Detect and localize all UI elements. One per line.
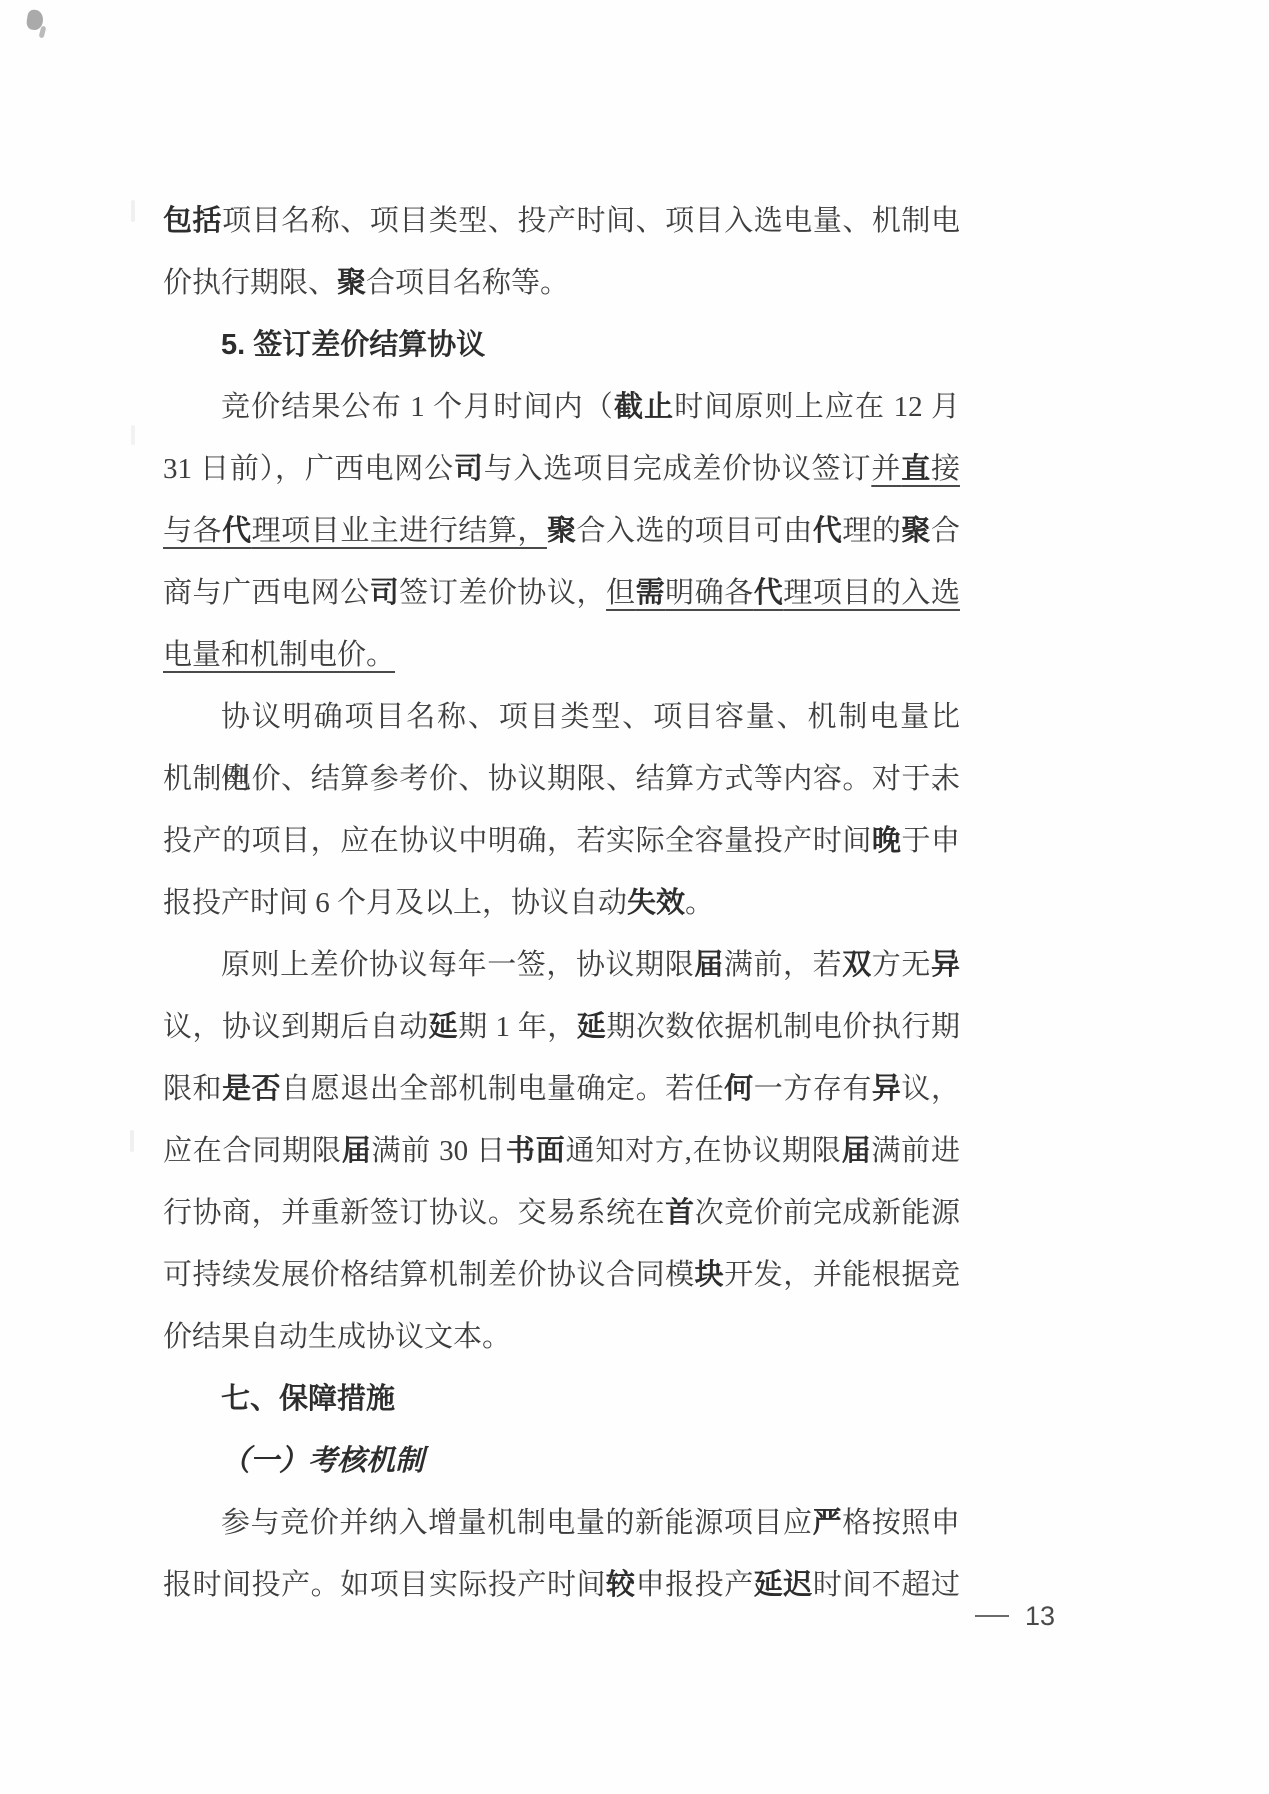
para2-line-5: 电量和机制电价。 <box>163 624 960 686</box>
text-segment: 合入选的项目可由 <box>577 515 813 547</box>
text-segment: 接 <box>931 453 960 485</box>
text-segment: 较 <box>606 1569 636 1601</box>
text-segment: 方无 <box>872 949 931 981</box>
text-segment: 次竞价前完成新能源 <box>695 1197 960 1229</box>
para2-line-2: 31 日前），广西电网公司与入选项目完成差价协议签订并直接 <box>163 438 960 500</box>
text-segment: 价执行期限、 <box>163 267 337 299</box>
text-segment: 电量和机制电价。 <box>163 639 395 671</box>
text-segment: 异 <box>931 949 960 981</box>
text-segment: 是否 <box>222 1073 281 1105</box>
text-segment: 满前，若 <box>724 949 842 981</box>
text-segment: 格按照申 <box>842 1507 960 1539</box>
para3-line-3: 投产的项目，应在协议中明确，若实际全容量投产时间晚于申 <box>163 810 960 872</box>
para5-line-1: 参与竞价并纳入增量机制电量的新能源项目应严格按照申 <box>163 1492 960 1554</box>
text-segment: 签订差价协议， <box>399 577 606 609</box>
text-segment: 双 <box>842 949 872 981</box>
text-segment: 需 <box>636 577 666 609</box>
text-segment: 参与竞价并纳入增量机制电量的新能源项目应 <box>221 1507 813 1539</box>
text-segment: 理项目业主进行结算， <box>252 515 547 547</box>
para2-line-3: 与各代理项目业主进行结算，聚合入选的项目可由代理的聚合 <box>163 500 960 562</box>
text-segment: 届 <box>842 1135 872 1167</box>
text-segment: 何 <box>724 1073 754 1105</box>
text-segment: 限和 <box>163 1073 222 1105</box>
text-segment: 通知对方,在协议期限 <box>566 1135 842 1167</box>
text-segment: 理项目的入选 <box>783 577 960 609</box>
text-segment: 司 <box>454 453 484 485</box>
text-segment: 与入选项目完成差价协议签订 <box>484 453 872 485</box>
text-segment: 投产的项目，应在协议中明确，若实际全容量投产时间 <box>163 825 872 857</box>
text-segment: 失效 <box>627 887 685 919</box>
text-segment: （一）考核机制 <box>221 1445 424 1477</box>
para-wrap-line-2: 价执行期限、聚合项目名称等。 <box>163 252 960 314</box>
text-segment: 行协商，并重新签订协议。交易系统在 <box>163 1197 665 1229</box>
document-page: 包括项目名称、项目类型、投产时间、项目入选电量、机制电价执行期限、聚合项目名称等… <box>0 0 1269 1794</box>
para-wrap-line-1: 包括项目名称、项目类型、投产时间、项目入选电量、机制电 <box>163 190 960 252</box>
text-segment: 期 1 年， <box>458 1011 577 1043</box>
text-segment: 议，协议到期后自动 <box>163 1011 429 1043</box>
text-segment: 31 日前），广西电网公 <box>163 453 454 485</box>
heading-5-sign-agreement: 5. 签订差价结算协议 <box>163 314 960 376</box>
text-segment: 聚 <box>547 515 577 547</box>
para5-line-2: 报时间投产。如项目实际投产时间较申报投产延迟时间不超过 <box>163 1554 960 1616</box>
text-segment: 机制电价、结算参考价、协议期限、结算方式等内容。对于未 <box>163 763 960 795</box>
text-segment: 于申 <box>901 825 960 857</box>
text-segment: 报投产时间 6 个月及以上，协议自动 <box>163 887 627 919</box>
text-segment: 首 <box>665 1197 695 1229</box>
text-segment: 5. 签订差价结算协议 <box>221 329 485 361</box>
text-segment: 严 <box>813 1507 843 1539</box>
text-segment: 满前进 <box>871 1135 960 1167</box>
heading-7-safeguard-measures: 七、保障措施 <box>163 1368 960 1430</box>
scan-margin-mark <box>130 1130 134 1152</box>
text-segment: 开发，并能根据竞 <box>724 1259 960 1291</box>
text-column: 包括项目名称、项目类型、投产时间、项目入选电量、机制电价执行期限、聚合项目名称等… <box>163 190 960 1616</box>
heading-7-1-assessment-mechanism: （一）考核机制 <box>163 1430 960 1492</box>
para3-line-1: 协议明确项目名称、项目类型、项目容量、机制电量比例、 <box>163 686 960 748</box>
text-segment: 块 <box>695 1259 725 1291</box>
text-segment: 聚 <box>901 515 931 547</box>
page-number: 13 <box>975 1596 1055 1636</box>
text-segment: 竞价结果公布 1 个月时间内（ <box>221 391 614 423</box>
page-number-dash-icon <box>975 1615 1009 1617</box>
text-segment: 代 <box>754 577 784 609</box>
text-segment: 价结果自动生成协议文本。 <box>163 1321 511 1353</box>
text-segment: 原则上差价协议每年一签，协议期限 <box>221 949 694 981</box>
text-segment: 商与广西电网公 <box>163 577 370 609</box>
scan-margin-mark <box>131 425 135 445</box>
text-segment: 直 <box>901 453 931 485</box>
para4-line-7: 价结果自动生成协议文本。 <box>163 1306 960 1368</box>
text-segment: 期次数依据机制电价执行期 <box>606 1011 960 1043</box>
text-segment: 包括 <box>163 205 222 237</box>
text-segment: 并 <box>871 453 901 485</box>
para4-line-4: 应在合同期限届满前 30 日书面通知对方,在协议期限届满前进 <box>163 1120 960 1182</box>
text-segment: 满前 30 日 <box>372 1135 506 1167</box>
text-segment: 时间原则上应在 12 月 <box>674 391 960 423</box>
para2-line-1: 竞价结果公布 1 个月时间内（截止时间原则上应在 12 月 <box>163 376 960 438</box>
text-segment: 合项目名称等。 <box>366 267 569 299</box>
text-segment: 时间不超过 <box>813 1569 960 1601</box>
text-segment: 但 <box>606 577 636 609</box>
text-segment: 合 <box>931 515 960 547</box>
para4-line-5: 行协商，并重新签订协议。交易系统在首次竞价前完成新能源 <box>163 1182 960 1244</box>
text-segment: 延 <box>577 1011 607 1043</box>
para4-line-2: 议，协议到期后自动延期 1 年，延期次数依据机制电价执行期 <box>163 996 960 1058</box>
text-segment: 项目名称、项目类型、投产时间、项目入选电量、机制电 <box>222 205 960 237</box>
text-segment: 。 <box>685 887 714 919</box>
para4-line-6: 可持续发展价格结算机制差价协议合同模块开发，并能根据竞 <box>163 1244 960 1306</box>
text-segment: 聚 <box>337 267 366 299</box>
text-segment: 七、保障措施 <box>221 1383 395 1415</box>
text-segment: 应在合同期限 <box>163 1135 342 1167</box>
text-segment: 异 <box>872 1073 902 1105</box>
text-segment: 截止 <box>614 391 674 423</box>
text-segment: 延迟 <box>754 1569 813 1601</box>
text-segment: 自愿退出全部机制电量确定。若任 <box>281 1073 724 1105</box>
text-segment: 届 <box>342 1135 372 1167</box>
text-segment: 明确各 <box>665 577 754 609</box>
scan-margin-mark <box>131 200 135 222</box>
para3-line-4: 报投产时间 6 个月及以上，协议自动失效。 <box>163 872 960 934</box>
text-segment: 晚 <box>872 825 902 857</box>
text-segment: 理的 <box>842 515 901 547</box>
text-segment: 议， <box>901 1073 960 1105</box>
text-segment: 书面 <box>506 1135 566 1167</box>
text-segment: 与各 <box>163 515 222 547</box>
text-segment: 可持续发展价格结算机制差价协议合同模 <box>163 1259 695 1291</box>
text-segment: 司 <box>370 577 400 609</box>
text-segment: 届 <box>694 949 724 981</box>
text-segment: 申报投产 <box>636 1569 754 1601</box>
text-segment: 代 <box>813 515 843 547</box>
text-segment: 代 <box>222 515 252 547</box>
para2-line-4: 商与广西电网公司签订差价协议，但需明确各代理项目的入选 <box>163 562 960 624</box>
text-segment: 一方存有 <box>754 1073 872 1105</box>
para3-line-2: 机制电价、结算参考价、协议期限、结算方式等内容。对于未 <box>163 748 960 810</box>
text-segment: 报时间投产。如项目实际投产时间 <box>163 1569 606 1601</box>
page-number-value: 13 <box>1025 1596 1055 1636</box>
para4-line-1: 原则上差价协议每年一签，协议期限届满前，若双方无异 <box>163 934 960 996</box>
text-segment: 延 <box>429 1011 459 1043</box>
para4-line-3: 限和是否自愿退出全部机制电量确定。若任何一方存有异议， <box>163 1058 960 1120</box>
